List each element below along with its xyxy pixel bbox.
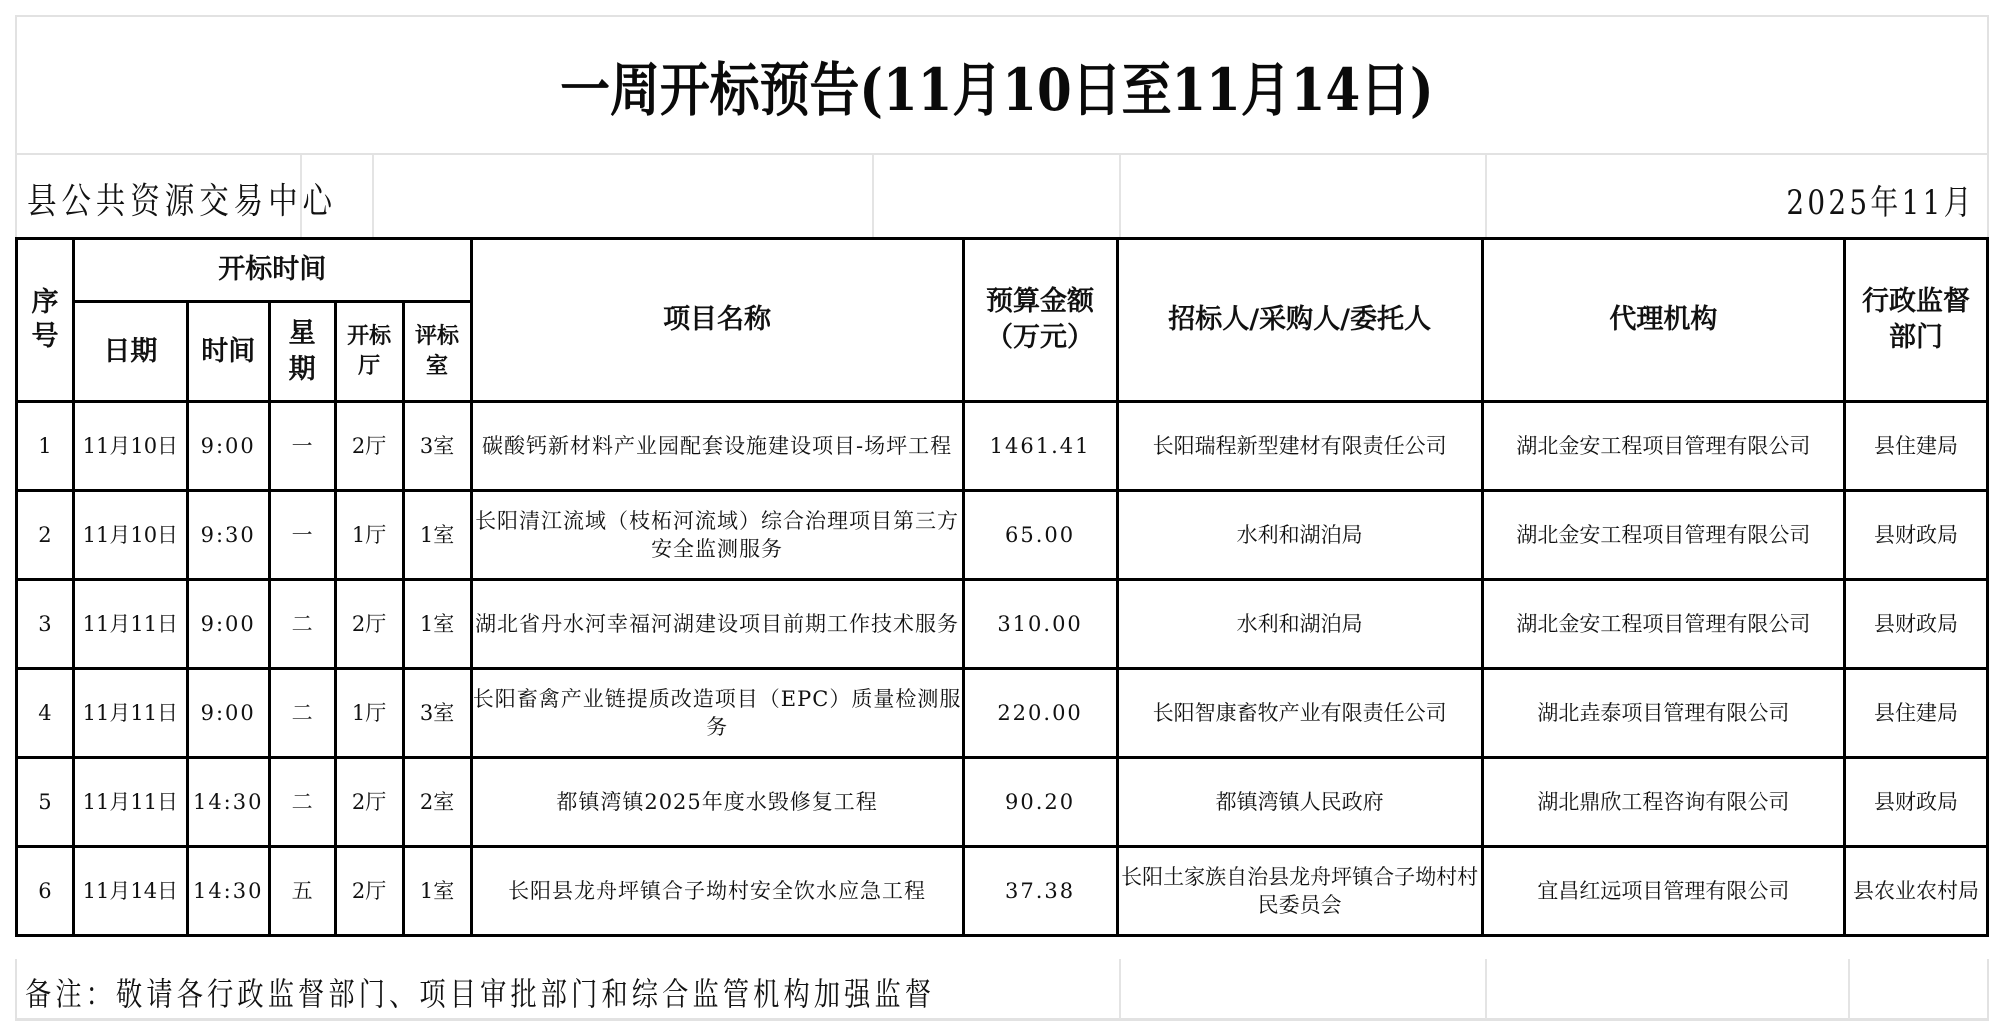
cell-time: 14:30 [187, 847, 269, 936]
cell-supervisor: 县住建局 [1844, 669, 1987, 758]
cell-project: 湖北省丹水河幸福河湖建设项目前期工作技术服务 [471, 580, 963, 669]
header-open-time-group: 开标时间 [73, 239, 471, 302]
cell-seq: 2 [17, 491, 74, 580]
subheader-row: 县公共资源交易中心 2025年11月 [15, 155, 1989, 237]
cell-supervisor: 县农业农村局 [1844, 847, 1987, 936]
cell-budget: 37.38 [963, 847, 1117, 936]
table-row: 6 11月14日 14:30 五 2厅 1室 长阳县龙舟坪镇合子坳村安全饮水应急… [17, 847, 1988, 936]
gridline [1485, 155, 1487, 237]
cell-time: 9:00 [187, 402, 269, 491]
cell-hall: 2厅 [335, 402, 403, 491]
cell-hall: 2厅 [335, 847, 403, 936]
cell-supervisor: 县财政局 [1844, 491, 1987, 580]
cell-weekday: 二 [269, 758, 335, 847]
cell-date: 11月11日 [73, 758, 187, 847]
cell-weekday: 五 [269, 847, 335, 936]
header-agency: 代理机构 [1482, 239, 1844, 402]
cell-room: 3室 [403, 669, 471, 758]
cell-tenderer: 长阳瑞程新型建材有限责任公司 [1117, 402, 1482, 491]
cell-agency: 湖北金安工程项目管理有限公司 [1482, 580, 1844, 669]
gridline [1485, 959, 1487, 1019]
cell-time: 9:00 [187, 669, 269, 758]
cell-supervisor: 县住建局 [1844, 402, 1987, 491]
cell-agency: 湖北金安工程项目管理有限公司 [1482, 402, 1844, 491]
cell-budget: 1461.41 [963, 402, 1117, 491]
cell-budget: 90.20 [963, 758, 1117, 847]
cell-room: 3室 [403, 402, 471, 491]
cell-room: 2室 [403, 758, 471, 847]
cell-seq: 3 [17, 580, 74, 669]
cell-project: 长阳畜禽产业链提质改造项目（EPC）质量检测服务 [471, 669, 963, 758]
cell-budget: 310.00 [963, 580, 1117, 669]
cell-weekday: 二 [269, 580, 335, 669]
table-row: 3 11月11日 9:00 二 2厅 1室 湖北省丹水河幸福河湖建设项目前期工作… [17, 580, 1988, 669]
cell-tenderer: 长阳土家族自治县龙舟坪镇合子坳村村民委员会 [1117, 847, 1482, 936]
gridline [1119, 959, 1121, 1019]
cell-date: 11月11日 [73, 669, 187, 758]
cell-budget: 220.00 [963, 669, 1117, 758]
cell-tenderer: 都镇湾镇人民政府 [1117, 758, 1482, 847]
page-title: 一周开标预告(11月10日至11月14日) [560, 43, 1434, 127]
cell-agency: 湖北垚泰项目管理有限公司 [1482, 669, 1844, 758]
header-date: 日期 [73, 302, 187, 402]
cell-hall: 1厅 [335, 491, 403, 580]
table-row: 2 11月10日 9:30 一 1厅 1室 长阳清江流域（枝柘河流域）综合治理项… [17, 491, 1988, 580]
period-label: 2025年11月 [1787, 175, 1975, 224]
cell-supervisor: 县财政局 [1844, 758, 1987, 847]
cell-seq: 6 [17, 847, 74, 936]
cell-date: 11月14日 [73, 847, 187, 936]
cell-weekday: 一 [269, 491, 335, 580]
cell-weekday: 二 [269, 669, 335, 758]
cell-budget: 65.00 [963, 491, 1117, 580]
cell-room: 1室 [403, 580, 471, 669]
cell-tenderer: 水利和湖泊局 [1117, 580, 1482, 669]
gridline [1848, 959, 1850, 1019]
cell-date: 11月10日 [73, 402, 187, 491]
cell-agency: 湖北金安工程项目管理有限公司 [1482, 491, 1844, 580]
header-hall: 开标厅 [335, 302, 403, 402]
cell-date: 11月11日 [73, 580, 187, 669]
cell-time: 9:00 [187, 580, 269, 669]
cell-time: 14:30 [187, 758, 269, 847]
cell-hall: 1厅 [335, 669, 403, 758]
cell-project: 长阳县龙舟坪镇合子坳村安全饮水应急工程 [471, 847, 963, 936]
cell-hall: 2厅 [335, 758, 403, 847]
header-weekday: 星期 [269, 302, 335, 402]
header-supervisor: 行政监督部门 [1844, 239, 1987, 402]
table-row: 5 11月11日 14:30 二 2厅 2室 都镇湾镇2025年度水毁修复工程 … [17, 758, 1988, 847]
footnote-row: 备注：敬请各行政监督部门、项目审批部门和综合监管机构加强监督 [15, 959, 1989, 1021]
cell-agency: 湖北鼎欣工程咨询有限公司 [1482, 758, 1844, 847]
gridline [372, 155, 374, 237]
title-row: 一周开标预告(11月10日至11月14日) [15, 15, 1989, 155]
header-seq: 序号 [17, 239, 74, 402]
footnote: 备注：敬请各行政监督部门、项目审批部门和综合监管机构加强监督 [25, 969, 935, 1015]
cell-date: 11月10日 [73, 491, 187, 580]
cell-time: 9:30 [187, 491, 269, 580]
cell-project: 长阳清江流域（枝柘河流域）综合治理项目第三方安全监测服务 [471, 491, 963, 580]
cell-agency: 宜昌红远项目管理有限公司 [1482, 847, 1844, 936]
cell-project: 碳酸钙新材料产业园配套设施建设项目-场坪工程 [471, 402, 963, 491]
organization-name: 县公共资源交易中心 [27, 173, 337, 224]
cell-supervisor: 县财政局 [1844, 580, 1987, 669]
header-tenderer: 招标人/采购人/委托人 [1117, 239, 1482, 402]
table-row: 4 11月11日 9:00 二 1厅 3室 长阳畜禽产业链提质改造项目（EPC）… [17, 669, 1988, 758]
bid-schedule-table: 序号 开标时间 项目名称 预算金额（万元） 招标人/采购人/委托人 代理机构 行… [15, 237, 1989, 937]
cell-seq: 1 [17, 402, 74, 491]
gridline [1119, 155, 1121, 237]
cell-weekday: 一 [269, 402, 335, 491]
cell-project: 都镇湾镇2025年度水毁修复工程 [471, 758, 963, 847]
cell-tenderer: 水利和湖泊局 [1117, 491, 1482, 580]
cell-hall: 2厅 [335, 580, 403, 669]
cell-room: 1室 [403, 491, 471, 580]
header-budget: 预算金额（万元） [963, 239, 1117, 402]
header-time: 时间 [187, 302, 269, 402]
header-room: 评标室 [403, 302, 471, 402]
table-row: 1 11月10日 9:00 一 2厅 3室 碳酸钙新材料产业园配套设施建设项目-… [17, 402, 1988, 491]
cell-seq: 5 [17, 758, 74, 847]
cell-room: 1室 [403, 847, 471, 936]
header-project: 项目名称 [471, 239, 963, 402]
cell-seq: 4 [17, 669, 74, 758]
gridline [872, 155, 874, 237]
cell-tenderer: 长阳智康畜牧产业有限责任公司 [1117, 669, 1482, 758]
